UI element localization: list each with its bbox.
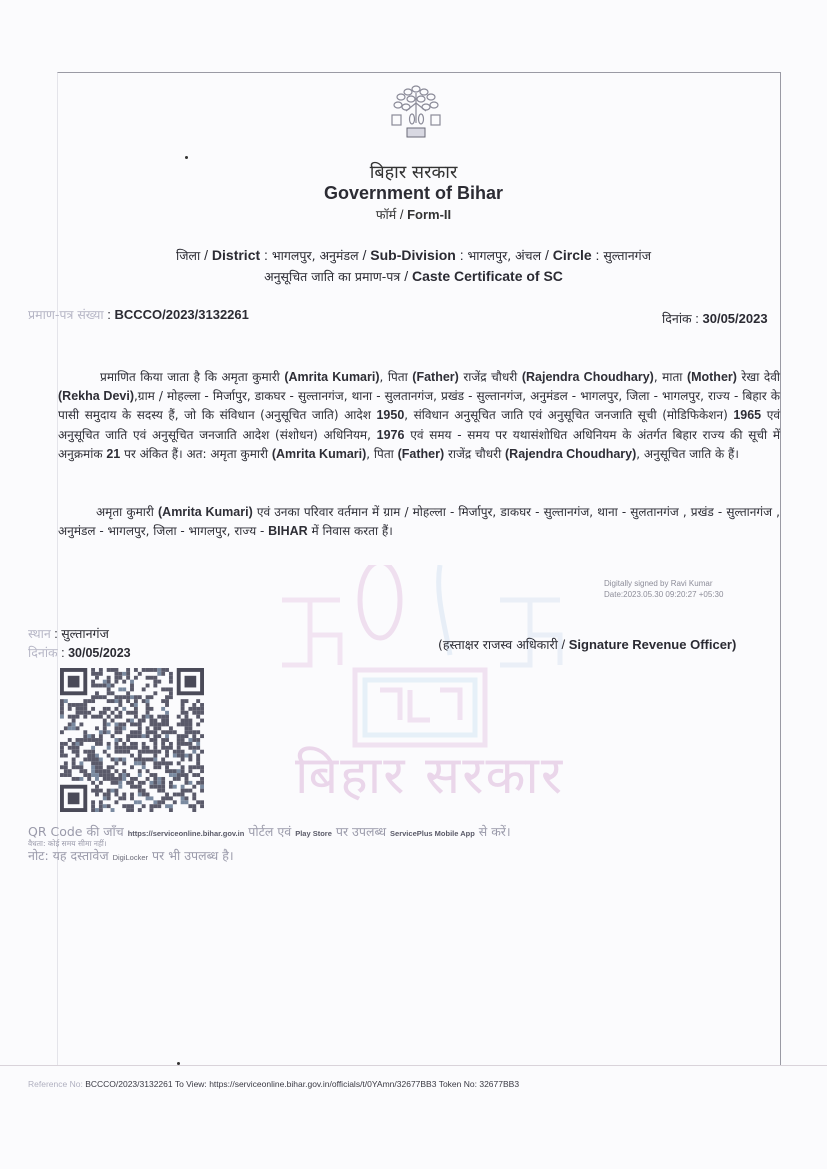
applicant-name: (Amrita Kumari) [158,505,253,519]
serial-number: 21 [106,447,120,461]
text: पर भी उपलब्ध है। [148,848,234,863]
text: , संविधान अनुसूचित जाति एवं अनुसूचित जनज… [404,408,733,422]
digilocker-note: नोट: यह दस्तावेज DigiLocker पर भी उपलब्ध… [28,850,234,863]
bihar-tree-emblem-icon [386,83,446,139]
text: , पिता [366,447,397,461]
text: पोर्टल एवं [244,824,295,839]
mother-name: (Rekha Devi) [58,389,134,403]
text: Play Store [295,829,332,838]
signature-label: (हस्ताक्षर राजस्व अधिकारी / Signature Re… [438,636,736,653]
signature-english: Signature Revenue Officer) [569,637,737,652]
certificate-title-hindi: अनुसूचित जाति का प्रमाण-पत्र [264,269,400,284]
text: अमृता कुमारी [96,505,158,519]
form-label: फॉर्म / Form-II [0,206,827,223]
reference-label: Reference No: [28,1079,83,1089]
father-label: (Father) [398,447,445,461]
place-date-label: दिनांक [28,645,58,660]
issue-date-value: 30/05/2023 [703,311,768,326]
state: BIHAR [268,524,308,538]
district-label-hi: जिला [176,248,200,263]
page-title: Government of Bihar [0,183,827,204]
signed-date: Date:2023.05.30 09:20:27 +05:30 [604,589,723,600]
location-line: जिला / District : भागलपुर, अनुमंडल / Sub… [0,247,827,264]
text: , पिता [380,370,413,384]
district-label: District [212,247,260,263]
certificate-number: प्रमाण-पत्र संख्या : BCCCO/2023/3132261 [28,306,249,323]
place-value: सुल्तानगंज [61,626,109,641]
title-hindi: बिहार सरकार [0,160,827,184]
qr-code-icon[interactable] [60,668,204,812]
father-name: (Rajendra Choudhary) [522,370,654,384]
year: 1950 [376,408,404,422]
text: पर अंकित हैं। अत: अमृता कुमारी [120,447,272,461]
subdivision-label-hi: अनुमंडल [319,248,358,263]
circle-label-hi: अंचल [515,248,541,263]
view-url-link[interactable]: https://serviceonline.bihar.gov.in/offic… [209,1079,436,1089]
certificate-number-value: BCCCO/2023/3132261 [114,307,248,322]
issue-date: दिनांक : 30/05/2023 [662,310,768,327]
year: 1965 [733,408,761,422]
digital-signature: Digitally signed by Ravi Kumar Date:2023… [604,578,723,600]
text: नोट: यह दस्तावेज [28,848,113,863]
text: राजेंद्र चौधरी [444,447,505,461]
applicant-name: (Amrita Kumari) [284,370,379,384]
year: 1976 [377,428,405,442]
text: ServicePlus Mobile App [390,829,475,838]
certificate-title-english: Caste Certificate of SC [412,268,563,284]
speck [185,156,188,159]
token-value: 32677BB3 [479,1079,519,1089]
place-date: दिनांक : 30/05/2023 [28,644,131,661]
subdivision-value: भागलपुर, [467,248,511,263]
text: राजेंद्र चौधरी [459,370,522,384]
service-url-link[interactable]: https://serviceonline.bihar.gov.in [128,829,245,838]
certification-paragraph: प्रमाणित किया जाता है कि अमृता कुमारी (A… [58,368,780,464]
view-label: To View: [175,1079,207,1089]
footer-reference: Reference No: BCCCO/2023/3132261 To View… [28,1079,519,1089]
residence-paragraph: अमृता कुमारी (Amrita Kumari) एवं उनका पर… [58,503,780,541]
form-hindi: फॉर्म [376,207,396,222]
text: QR Code की जाँच [28,824,128,839]
place: स्थान : सुल्तानगंज [28,625,109,642]
text: , अनुसूचित जाति के हैं। [636,447,739,461]
text: पर उपलब्ध [332,824,390,839]
circle-value: सुल्तानगंज [603,248,651,263]
place-date-value: 30/05/2023 [68,646,131,660]
text: प्रमाणित किया जाता है कि अमृता कुमारी [100,370,284,384]
signed-by: Digitally signed by Ravi Kumar [604,578,723,589]
certificate-number-label: प्रमाण-पत्र संख्या [28,307,104,322]
certificate-title: अनुसूचित जाति का प्रमाण-पत्र / Caste Cer… [0,268,827,285]
text: में निवास करता हैं। [308,524,393,538]
reference-value: BCCCO/2023/3132261 [85,1079,172,1089]
district-value: भागलपुर, [272,248,316,263]
form-english: Form-II [407,207,451,222]
text: से करें। [475,824,511,839]
applicant-name: (Amrita Kumari) [272,447,366,461]
mother-label: (Mother) [687,370,737,384]
watermark-text: बिहार सरकार [295,738,564,809]
father-name: (Rajendra Choudhary) [505,447,636,461]
subdivision-label: Sub-Division [370,247,456,263]
speck [177,1062,180,1065]
issue-date-label: दिनांक [662,311,692,326]
place-label: स्थान [28,626,51,641]
father-label: (Father) [412,370,459,384]
text: रेखा देवी [737,370,780,384]
text: DigiLocker [113,853,148,862]
footer-divider [0,1065,827,1066]
signature-hindi: (हस्ताक्षर राजस्व अधिकारी [438,637,558,652]
token-label: Token No: [439,1079,477,1089]
text: , माता [654,370,687,384]
circle-label: Circle [553,247,592,263]
